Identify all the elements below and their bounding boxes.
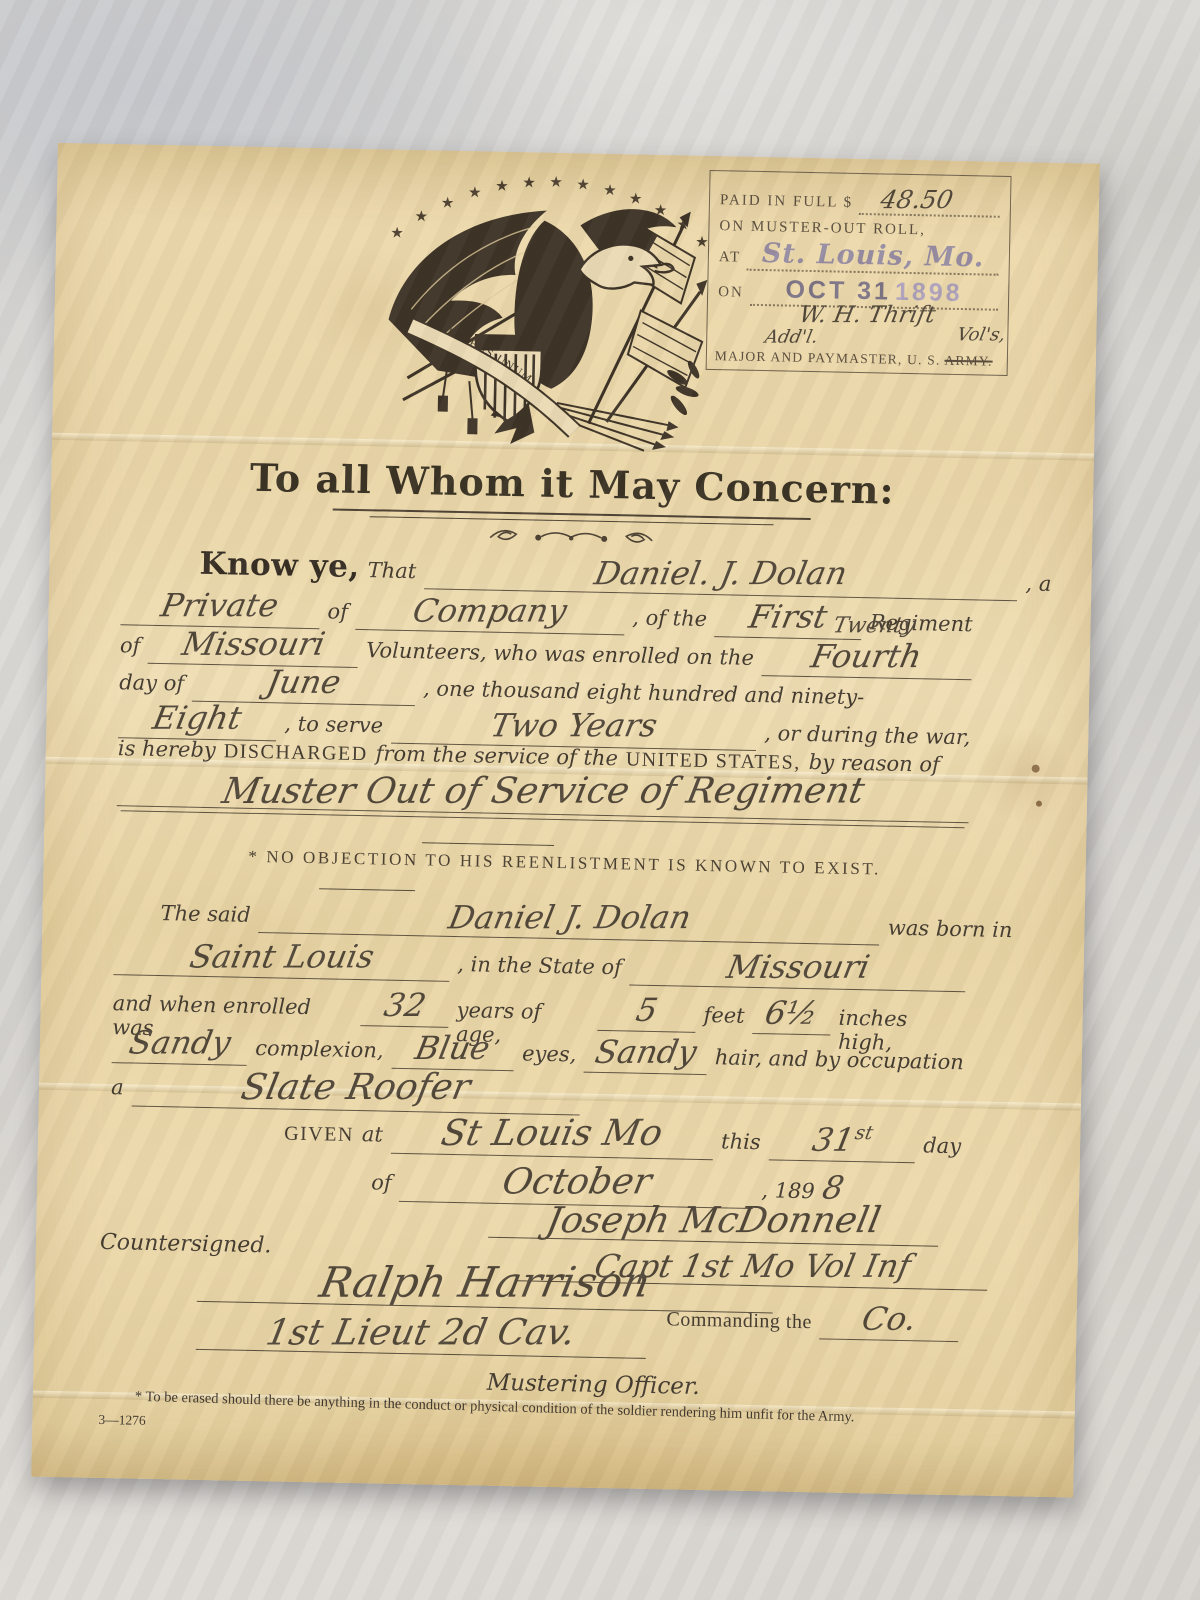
rank: Private: [158, 586, 282, 624]
printed-text: at: [362, 1122, 383, 1146]
know-ye-heading: Know ye,: [199, 546, 360, 585]
feet-blank: 5: [597, 990, 696, 1033]
printed-text: , in the State of: [457, 952, 622, 979]
service-term: Two Years: [487, 706, 660, 744]
hair-blank: Sandy: [584, 1032, 707, 1075]
document-paper: ★★★ ★★★ ★★★ ★★★ ★: [31, 143, 1100, 1498]
soldier-name: Daniel. J. Dolan: [591, 554, 850, 592]
paymaster-title-struck-word: ARMY.: [944, 353, 992, 369]
svg-text:★: ★: [468, 183, 482, 201]
printed-text: , of the: [632, 605, 707, 630]
paid-in-full-label: PAID IN FULL $: [720, 192, 853, 212]
printed-text: feet: [703, 1003, 745, 1028]
reenlistment-notice: * NO OBJECTION TO HIS REENLISTMENT IS KN…: [44, 843, 1086, 884]
printed-text: , to serve: [284, 712, 383, 738]
printed-text: day: [923, 1133, 961, 1158]
printed-text: of: [327, 599, 348, 623]
printed-text: a: [111, 1075, 124, 1099]
paymaster-signature-note: Add'l.: [763, 327, 820, 348]
complexion: Sandy: [126, 1024, 234, 1062]
given-day-suffix: st: [853, 1121, 875, 1144]
birth-state-blank: Missouri: [630, 945, 966, 993]
paymaster-signature: W. H. Thrift: [797, 302, 938, 328]
printed-text: , or during the war,: [764, 721, 970, 749]
mustering-officer-block: Mustering Officer.: [413, 1368, 773, 1401]
given-place: St Louis Mo: [438, 1113, 666, 1154]
commanding-unit-blank: Co.: [819, 1298, 958, 1342]
printed-text: of: [120, 633, 141, 657]
date-stamp: OCT 31: [785, 275, 891, 305]
soldier-name-2: Daniel J. Dolan: [445, 898, 694, 936]
given-place-blank: St Louis Mo: [390, 1110, 713, 1160]
eagle-emblem: ★★★ ★★★ ★★★ ★★★ ★: [380, 167, 716, 469]
printed-text: hair, and by occupation: [715, 1045, 964, 1074]
birthplace: Saint Louis: [186, 938, 377, 976]
countersigner-signature: Ralph Harrison: [316, 1258, 654, 1307]
discharge-reason: Muster Out of Service of Regiment: [219, 771, 868, 812]
given-day: 31: [809, 1121, 857, 1159]
printed-text: day of: [119, 670, 184, 695]
birthplace-blank: Saint Louis: [113, 934, 449, 982]
svg-text:★: ★: [629, 189, 643, 207]
form-number: 3—1276: [98, 1412, 146, 1429]
printed-text: is hereby: [118, 736, 216, 762]
complexion-blank: Sandy: [112, 1022, 248, 1066]
age-blank: 32: [360, 985, 449, 1028]
svg-text:★: ★: [495, 177, 509, 195]
svg-text:★: ★: [390, 224, 404, 242]
commanding-block: Commanding the Co.: [662, 1295, 963, 1342]
paid-amount-value: 48.50: [878, 185, 955, 214]
svg-text:★: ★: [603, 181, 617, 199]
printed-text: this: [721, 1129, 761, 1154]
enroll-year-blank: Eight: [118, 697, 277, 741]
given-day-blank: 31st: [768, 1119, 915, 1163]
discharged-word: DISCHARGED: [224, 740, 368, 766]
mustering-officer-label: Mustering Officer.: [486, 1370, 699, 1400]
occupation-blank: Slate Roofer: [131, 1063, 580, 1116]
flourish-ornament: [486, 524, 656, 551]
printed-text: of: [371, 1170, 392, 1194]
stamp-box: PAID IN FULL $ 48.50 ON MUSTER-OUT ROLL,…: [706, 170, 1012, 376]
state: Missouri: [179, 625, 328, 663]
hair-color: Sandy: [592, 1033, 700, 1071]
printed-text: The said: [160, 901, 251, 927]
separator-rule: [319, 888, 415, 891]
document-title: To all Whom it May Concern:: [51, 451, 1094, 517]
printed-text: from the service of the: [375, 741, 618, 770]
height-feet: 5: [633, 991, 661, 1029]
commanding-label: Commanding the: [666, 1308, 812, 1334]
age: 32: [381, 986, 429, 1024]
photo-background: ★★★ ★★★ ★★★ ★★★ ★: [0, 0, 1200, 1600]
eye-color: Blue: [412, 1029, 493, 1067]
svg-text:★: ★: [576, 175, 590, 193]
enroll-month: June: [263, 663, 344, 701]
commander-signature: Joseph McDonnell: [543, 1200, 884, 1241]
printed-text: eyes,: [522, 1041, 577, 1066]
discharge-reason-blank: Muster Out of Service of Regiment: [117, 762, 970, 823]
ink-spot: [1036, 801, 1042, 807]
at-label: AT: [719, 249, 742, 266]
birth-state: Missouri: [723, 948, 872, 986]
enroll-day: Fourth: [808, 637, 925, 675]
enroll-year: Eight: [150, 699, 245, 737]
height-inches: 6½: [762, 994, 821, 1032]
svg-text:★: ★: [441, 194, 455, 212]
countersigner-rank-block: 1st Lieut 2d Cav.: [196, 1308, 647, 1359]
location-stamp: St. Louis, Mo.: [762, 238, 985, 273]
svg-text:★: ★: [695, 233, 709, 251]
regiment-number: First: [746, 598, 831, 636]
given-label: GIVEN: [284, 1123, 354, 1147]
printed-text: was born in: [888, 916, 1013, 942]
printed-text: complexion,: [255, 1036, 384, 1063]
discharge-reason-line: Muster Out of Service of Regiment: [113, 762, 974, 823]
company: Company: [410, 592, 570, 630]
eyes-blank: Blue: [391, 1028, 514, 1071]
occupation: Slate Roofer: [238, 1067, 474, 1108]
ink-spot: [1032, 765, 1040, 773]
printed-text: That: [367, 558, 416, 583]
muster-out-roll-label: ON MUSTER-OUT ROLL,: [719, 218, 926, 239]
on-label: ON: [718, 284, 744, 302]
svg-text:★: ★: [414, 207, 428, 225]
separator-rule: [422, 842, 554, 846]
vols-annotation: Vol's,: [955, 324, 1007, 345]
enroll-day-overwrite: Twenty: [831, 613, 917, 638]
svg-text:★: ★: [522, 173, 536, 191]
printed-text: , a: [1025, 571, 1051, 596]
countersigner-rank: 1st Lieut 2d Cav.: [263, 1312, 579, 1353]
inches-blank: 6½: [752, 993, 831, 1036]
svg-text:★: ★: [549, 173, 563, 191]
title-rule: [333, 508, 811, 520]
paymaster-title: MAJOR AND PAYMASTER, U. S.: [715, 348, 941, 368]
commander-signature-block: Joseph McDonnell: [488, 1196, 939, 1247]
commanding-unit: Co.: [859, 1300, 920, 1338]
